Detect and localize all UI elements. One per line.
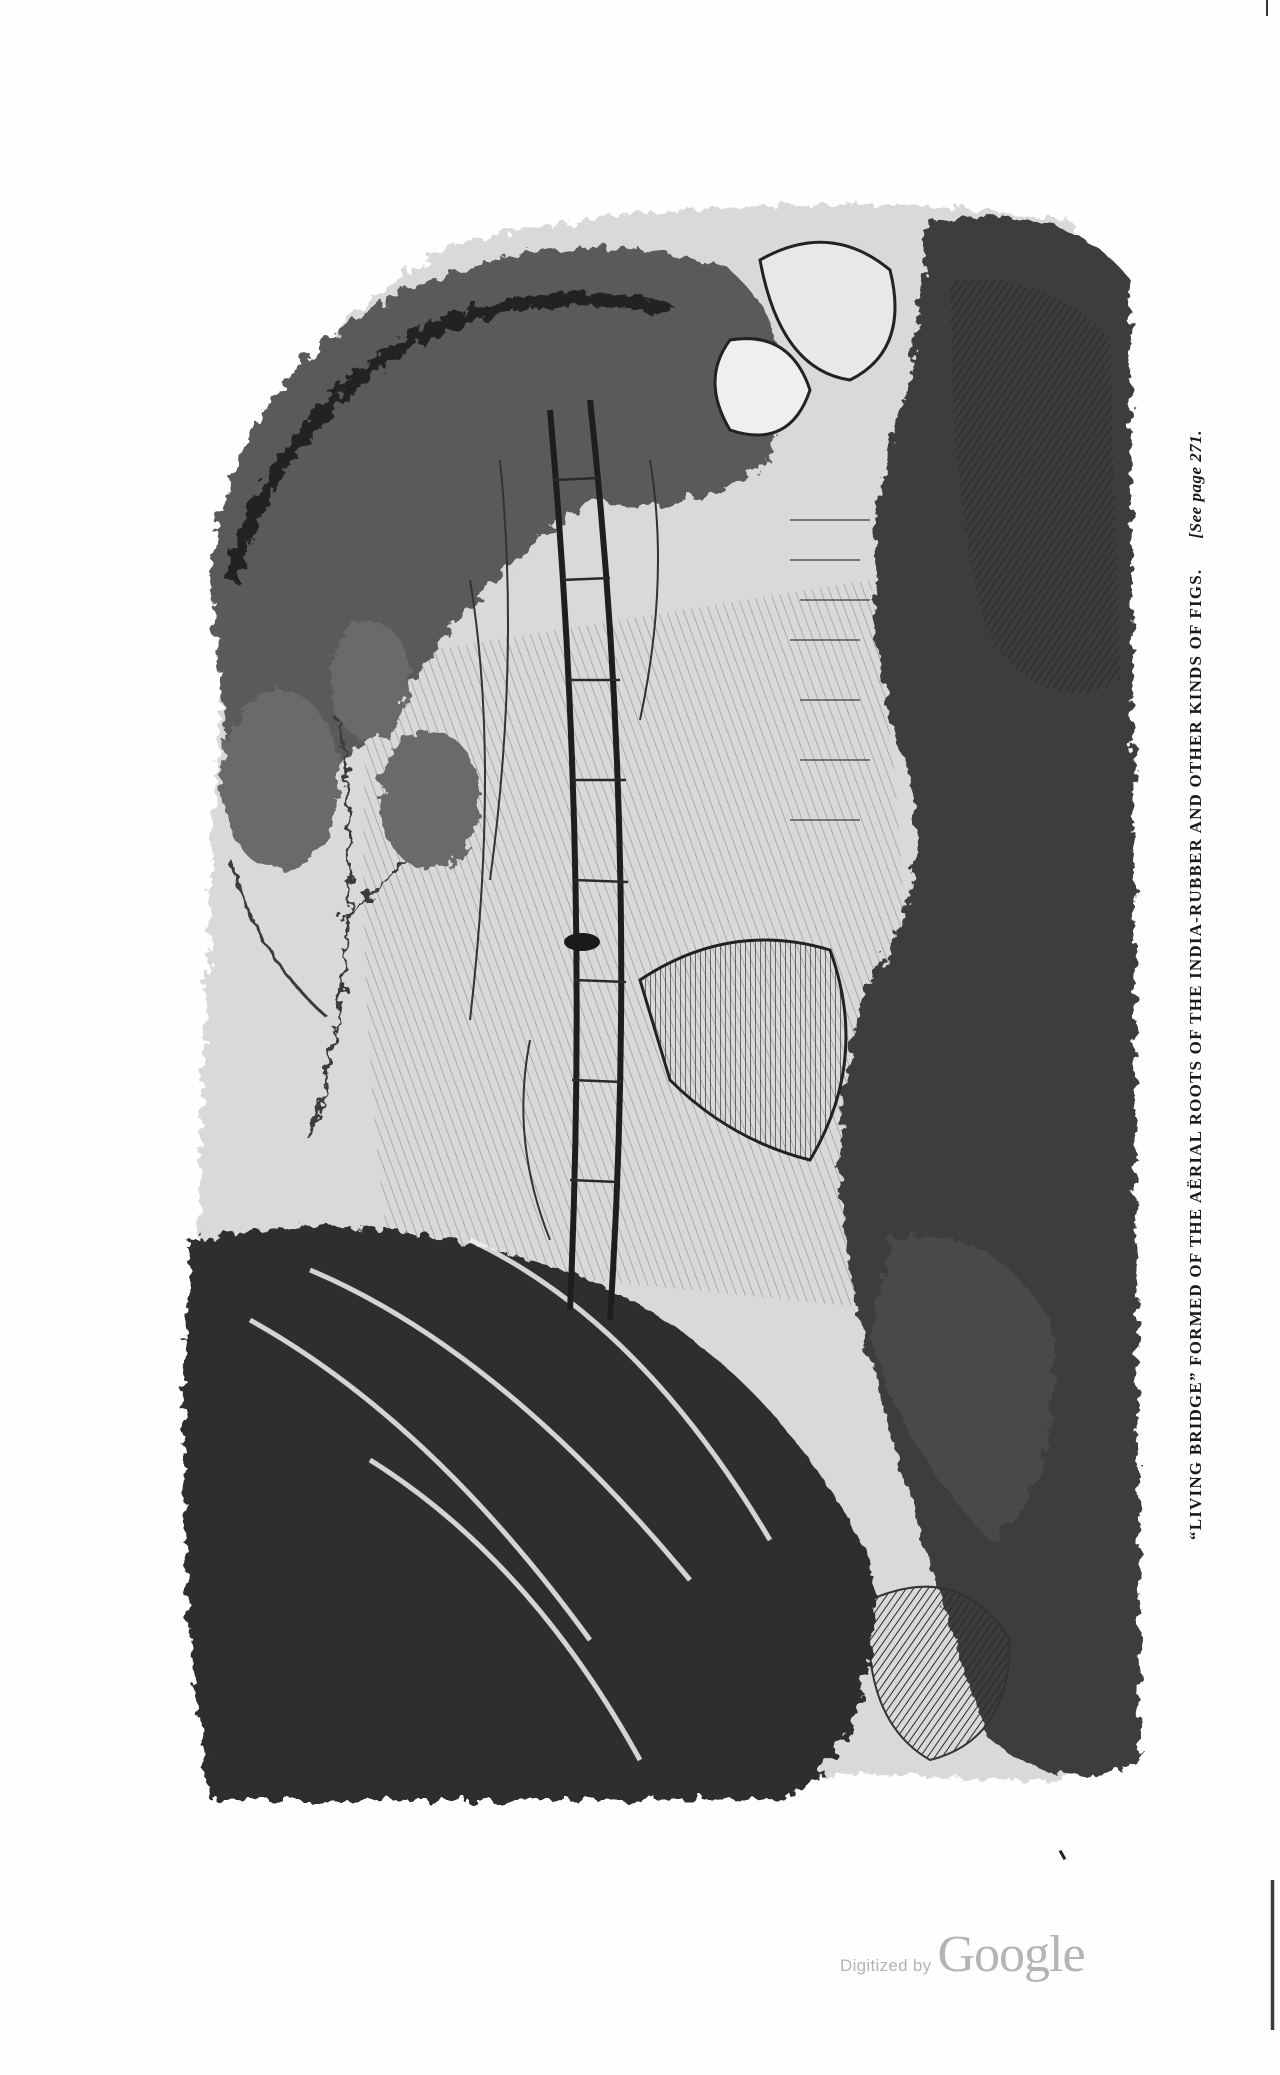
- page-reference: [See page 271.: [1186, 430, 1206, 539]
- living-bridge-engraving: [170, 160, 1150, 1820]
- google-watermark: Digitized by Google: [840, 1925, 1085, 1984]
- page-edge-mark-bottom: [1270, 1880, 1275, 2030]
- engraving-illustration: [170, 160, 1150, 1820]
- caption-title: “LIVING BRIDGE” FORMED OF THE AËRIAL ROO…: [1186, 569, 1206, 1540]
- page-edge-mark-top: [1266, 0, 1268, 16]
- watermark-prefix: Digitized by: [840, 1956, 931, 1976]
- google-logo-text: Google: [937, 1925, 1084, 1984]
- plate-caption: “LIVING BRIDGE” FORMED OF THE AËRIAL ROO…: [1186, 430, 1206, 1540]
- book-page: “LIVING BRIDGE” FORMED OF THE AËRIAL ROO…: [0, 0, 1280, 2075]
- stray-ink-mark: [1059, 1850, 1067, 1860]
